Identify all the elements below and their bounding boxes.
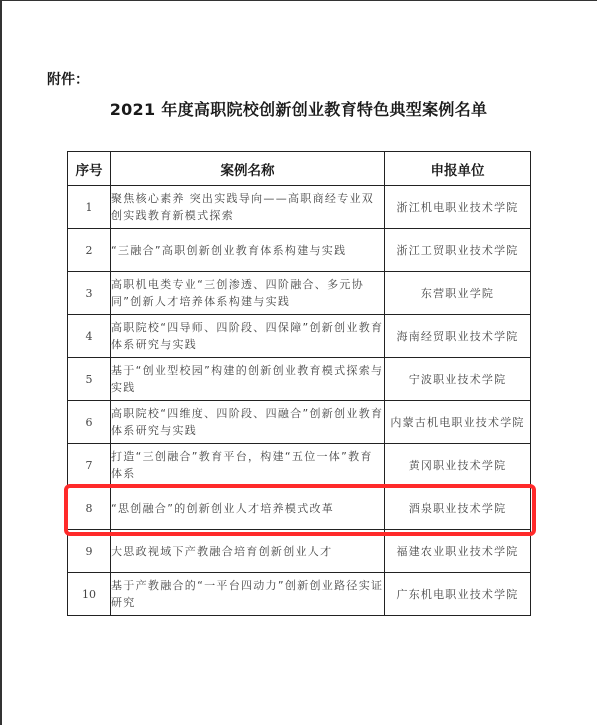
case-name: 打造“三创融合”教育平台，构建“五位一体”教育体系 bbox=[111, 444, 385, 487]
case-name: 高职院校“四导师、四阶段、四保障”创新创业教育体系研究与实践 bbox=[111, 315, 385, 358]
table-row: 10基于产教融合的“一平台四动力”创新创业路径实证研究广东机电职业技术学院 bbox=[68, 573, 531, 616]
row-number: 3 bbox=[68, 272, 111, 315]
case-name: 基于产教融合的“一平台四动力”创新创业路径实证研究 bbox=[111, 573, 385, 616]
unit-name: 宁波职业技术学院 bbox=[385, 358, 531, 401]
header-unit: 申报单位 bbox=[385, 152, 531, 186]
row-number: 2 bbox=[68, 229, 111, 272]
case-name: 高职机电类专业“三创渗透、四阶融合、多元协同”创新人才培养体系构建与实践 bbox=[111, 272, 385, 315]
case-name: 聚焦核心素养 突出实践导向——高职商经专业双创实践教育新模式探索 bbox=[111, 186, 385, 229]
unit-name: 广东机电职业技术学院 bbox=[385, 573, 531, 616]
table-row: 5基于“创业型校园”构建的创新创业教育模式探索与实践宁波职业技术学院 bbox=[68, 358, 531, 401]
row-number: 1 bbox=[68, 186, 111, 229]
row-number: 10 bbox=[68, 573, 111, 616]
header-case-name: 案例名称 bbox=[111, 152, 385, 186]
table-header-row: 序号 案例名称 申报单位 bbox=[68, 152, 531, 186]
row-number: 6 bbox=[68, 401, 111, 444]
cases-table: 序号 案例名称 申报单位 1聚焦核心素养 突出实践导向——高职商经专业双创实践教… bbox=[67, 151, 531, 616]
attachment-label: 附件： bbox=[47, 69, 89, 89]
unit-name: 内蒙古机电职业技术学院 bbox=[385, 401, 531, 444]
table-row: 2“三融合”高职创新创业教育体系构建与实践浙江工贸职业技术学院 bbox=[68, 229, 531, 272]
unit-name: 东营职业学院 bbox=[385, 272, 531, 315]
table-row: 1聚焦核心素养 突出实践导向——高职商经专业双创实践教育新模式探索浙江机电职业技… bbox=[68, 186, 531, 229]
document-title: 2021 年度高职院校创新创业教育特色典型案例名单 bbox=[0, 97, 597, 120]
table-row: 6高职院校“四维度、四阶段、四融合”创新创业教育体系研究与实践内蒙古机电职业技术… bbox=[68, 401, 531, 444]
unit-name: 海南经贸职业技术学院 bbox=[385, 315, 531, 358]
row-number: 4 bbox=[68, 315, 111, 358]
table-row: 3高职机电类专业“三创渗透、四阶融合、多元协同”创新人才培养体系构建与实践东营职… bbox=[68, 272, 531, 315]
row-number: 7 bbox=[68, 444, 111, 487]
case-name: 高职院校“四维度、四阶段、四融合”创新创业教育体系研究与实践 bbox=[111, 401, 385, 444]
row-number: 5 bbox=[68, 358, 111, 401]
case-name: “三融合”高职创新创业教育体系构建与实践 bbox=[111, 229, 385, 272]
case-name: 基于“创业型校园”构建的创新创业教育模式探索与实践 bbox=[111, 358, 385, 401]
table-row: 7打造“三创融合”教育平台，构建“五位一体”教育体系黄冈职业技术学院 bbox=[68, 444, 531, 487]
red-highlight-box bbox=[64, 484, 536, 536]
unit-name: 黄冈职业技术学院 bbox=[385, 444, 531, 487]
unit-name: 浙江工贸职业技术学院 bbox=[385, 229, 531, 272]
table-row: 4高职院校“四导师、四阶段、四保障”创新创业教育体系研究与实践海南经贸职业技术学… bbox=[68, 315, 531, 358]
header-number: 序号 bbox=[68, 152, 111, 186]
unit-name: 浙江机电职业技术学院 bbox=[385, 186, 531, 229]
